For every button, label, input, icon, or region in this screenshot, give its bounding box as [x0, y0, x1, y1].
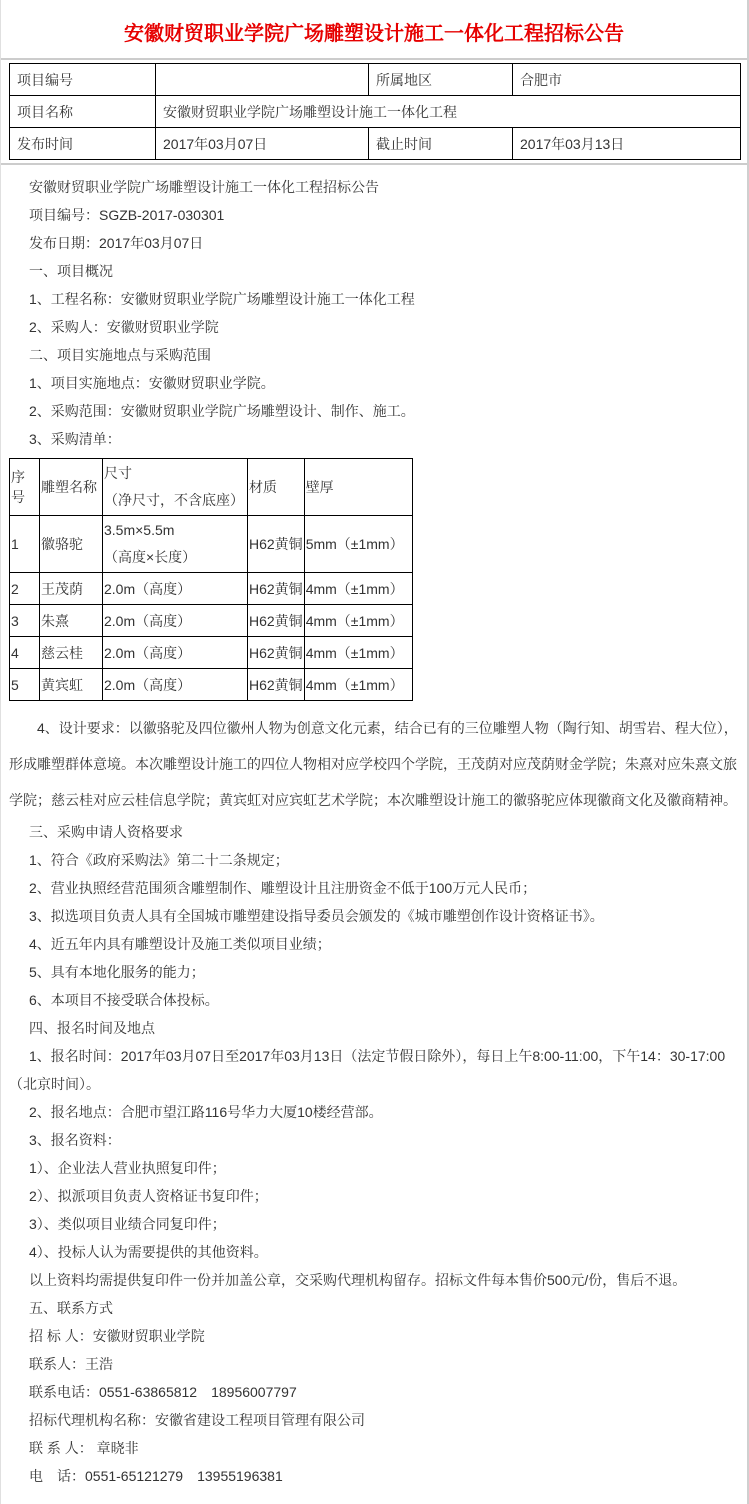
cell-name: 徽骆驼	[40, 516, 103, 573]
table-row: 5 黄宾虹 2.0m（高度） H62黄铜 4mm（±1mm）	[10, 669, 413, 701]
cell-no: 1	[10, 516, 40, 573]
project-info-section: 项目编号 所属地区 合肥市 项目名称 安徽财贸职业学院广场雕塑设计施工一体化工程…	[1, 58, 747, 165]
cell-size: 2.0m（高度）	[103, 605, 248, 637]
paragraph: 招标代理机构名称：安徽省建设工程项目管理有限公司	[9, 1406, 739, 1434]
paragraph: 安徽财贸职业学院广场雕塑设计施工一体化工程招标公告	[9, 173, 739, 201]
paragraph: 以上资料均需提供复印件一份并加盖公章，交采购代理机构留存。招标文件每本售价500…	[9, 1266, 739, 1294]
region-label: 所属地区	[369, 64, 513, 96]
cell-name: 黄宾虹	[40, 669, 103, 701]
project-name-value: 安徽财贸职业学院广场雕塑设计施工一体化工程	[156, 96, 741, 128]
project-number-label: 项目编号	[10, 64, 156, 96]
size-line2: （高度×长度）	[104, 544, 246, 571]
table-row: 4 慈云桂 2.0m（高度） H62黄铜 4mm（±1mm）	[10, 637, 413, 669]
publish-date-label: 发布时间	[10, 128, 156, 160]
cell-no: 2	[10, 573, 40, 605]
paragraph: 联系人：王浩	[9, 1350, 739, 1378]
info-row-1: 项目编号 所属地区 合肥市	[10, 64, 741, 96]
table-row: 2 王茂荫 2.0m（高度） H62黄铜 4mm（±1mm）	[10, 573, 413, 605]
paragraph: 3、报名资料：	[9, 1126, 739, 1154]
cell-thickness: 4mm（±1mm）	[304, 637, 412, 669]
cell-material: H62黄铜	[248, 605, 305, 637]
procurement-list-table: 序号 雕塑名称 尺寸 （净尺寸，不含底座） 材质 壁厚 1 徽骆驼 3.5m×5…	[9, 458, 413, 701]
info-row-3: 发布时间 2017年03月07日 截止时间 2017年03月13日	[10, 128, 741, 160]
cell-material: H62黄铜	[248, 573, 305, 605]
page-title: 安徽财贸职业学院广场雕塑设计施工一体化工程招标公告	[1, 0, 747, 58]
section-heading: 三、采购申请人资格要求	[9, 818, 739, 846]
section-heading: 四、报名时间及地点	[9, 1014, 739, 1042]
size-header-line2: （净尺寸，不含底座）	[104, 487, 246, 514]
table-header-row: 序号 雕塑名称 尺寸 （净尺寸，不含底座） 材质 壁厚	[10, 459, 413, 516]
paragraph: 2、采购人：安徽财贸职业学院	[9, 313, 739, 341]
cell-thickness: 5mm（±1mm）	[304, 516, 412, 573]
paragraph: 1、符合《政府采购法》第二十二条规定；	[9, 846, 739, 874]
cell-material: H62黄铜	[248, 669, 305, 701]
project-name-label: 项目名称	[10, 96, 156, 128]
project-info-table: 项目编号 所属地区 合肥市 项目名称 安徽财贸职业学院广场雕塑设计施工一体化工程…	[9, 63, 741, 160]
size-line1: 3.5m×5.5m	[104, 517, 246, 544]
info-row-2: 项目名称 安徽财贸职业学院广场雕塑设计施工一体化工程	[10, 96, 741, 128]
col-header-thickness: 壁厚	[304, 459, 412, 516]
paragraph: 1）、企业法人营业执照复印件；	[9, 1154, 739, 1182]
cell-name: 王茂荫	[40, 573, 103, 605]
paragraph: 4、近五年内具有雕塑设计及施工类似项目业绩；	[9, 930, 739, 958]
col-header-material: 材质	[248, 459, 305, 516]
paragraph: 联 系 人： 章晓非	[9, 1434, 739, 1462]
paragraph: 1、工程名称：安徽财贸职业学院广场雕塑设计施工一体化工程	[9, 285, 739, 313]
cell-thickness: 4mm（±1mm）	[304, 669, 412, 701]
paragraph: 发布日期：2017年03月07日	[9, 229, 739, 257]
col-header-size: 尺寸 （净尺寸，不含底座）	[103, 459, 248, 516]
paragraph: 4）、投标人认为需要提供的其他资料。	[9, 1238, 739, 1266]
paragraph: 3、拟选项目负责人具有全国城市雕塑建设指导委员会颁发的《城市雕塑创作设计资格证书…	[9, 902, 739, 930]
cell-thickness: 4mm（±1mm）	[304, 605, 412, 637]
table-row: 1 徽骆驼 3.5m×5.5m （高度×长度） H62黄铜 5mm（±1mm）	[10, 516, 413, 573]
cell-no: 4	[10, 637, 40, 669]
cell-size: 3.5m×5.5m （高度×长度）	[103, 516, 248, 573]
announcement-page: 安徽财贸职业学院广场雕塑设计施工一体化工程招标公告 项目编号 所属地区 合肥市 …	[0, 0, 749, 1504]
cell-size: 2.0m（高度）	[103, 573, 248, 605]
paragraph: 2、报名地点：合肥市望江路116号华力大厦10楼经营部。	[9, 1098, 739, 1126]
cell-no: 3	[10, 605, 40, 637]
section-heading: 二、项目实施地点与采购范围	[9, 341, 739, 369]
paragraph: 项目编号：SGZB-2017-030301	[9, 201, 739, 229]
cell-size: 2.0m（高度）	[103, 637, 248, 669]
paragraph: 2）、拟派项目负责人资格证书复印件；	[9, 1182, 739, 1210]
deadline-value: 2017年03月13日	[513, 128, 741, 160]
deadline-label: 截止时间	[369, 128, 513, 160]
cell-material: H62黄铜	[248, 516, 305, 573]
cell-material: H62黄铜	[248, 637, 305, 669]
paragraph: 招 标 人：安徽财贸职业学院	[9, 1322, 739, 1350]
size-header-line1: 尺寸	[104, 460, 246, 487]
document-body: 安徽财贸职业学院广场雕塑设计施工一体化工程招标公告 项目编号：SGZB-2017…	[1, 165, 747, 1504]
paragraph: 6、本项目不接受联合体投标。	[9, 986, 739, 1014]
project-number-value	[156, 64, 369, 96]
paragraph: 联系电话：0551-63865812 18956007797	[9, 1378, 739, 1406]
paragraph: 3、采购清单：	[9, 425, 739, 453]
table-row: 3 朱熹 2.0m（高度） H62黄铜 4mm（±1mm）	[10, 605, 413, 637]
section-heading: 一、项目概况	[9, 257, 739, 285]
cell-thickness: 4mm（±1mm）	[304, 573, 412, 605]
cell-size: 2.0m（高度）	[103, 669, 248, 701]
paragraph: 电 话：0551-65121279 13955196381	[9, 1462, 739, 1490]
region-value: 合肥市	[513, 64, 741, 96]
paragraph: 2、采购范围：安徽财贸职业学院广场雕塑设计、制作、施工。	[9, 397, 739, 425]
section-heading: 五、联系方式	[9, 1294, 739, 1322]
paragraph: 2、营业执照经营范围须含雕塑制作、雕塑设计且注册资金不低于100万元人民币；	[9, 874, 739, 902]
col-header-no: 序号	[10, 459, 40, 516]
paragraph: 1、报名时间：2017年03月07日至2017年03月13日（法定节假日除外），…	[9, 1042, 739, 1098]
paragraph: 5、具有本地化服务的能力；	[9, 958, 739, 986]
paragraph: 3）、类似项目业绩合同复印件；	[9, 1210, 739, 1238]
design-requirements-paragraph: 4、设计要求：以徽骆驼及四位徽州人物为创意文化元素，结合已有的三位雕塑人物（陶行…	[9, 710, 739, 818]
cell-name: 朱熹	[40, 605, 103, 637]
paragraph: 1、项目实施地点：安徽财贸职业学院。	[9, 369, 739, 397]
col-header-name: 雕塑名称	[40, 459, 103, 516]
cell-no: 5	[10, 669, 40, 701]
cell-name: 慈云桂	[40, 637, 103, 669]
publish-date-value: 2017年03月07日	[156, 128, 369, 160]
